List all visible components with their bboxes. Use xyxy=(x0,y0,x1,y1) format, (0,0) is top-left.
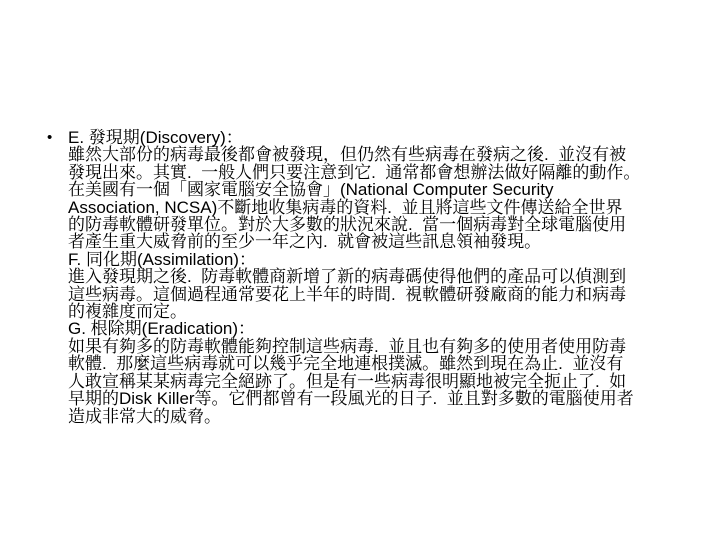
text-line: 雖然大部份的病毒最後都會被發現，但仍然有些病毒在發病之後. 並沒有被 xyxy=(68,146,708,163)
text-line: 在美國有一個「國家電腦安全協會」(National Computer Secur… xyxy=(68,181,708,198)
heading-eradication: G. 根除期(Eradication)： xyxy=(68,320,708,337)
text-line: Association, NCSA)不斷地收集病毒的資料. 並且將這些文件傳送給… xyxy=(68,199,708,216)
slide-canvas: • E. 發現期(Discovery)： 雖然大部份的病毒最後都會被發現，但仍然… xyxy=(0,0,720,540)
text-line: 早期的Disk Killer等。它們都曾有一段風光的日子. 並且對多數的電腦使用… xyxy=(68,390,708,407)
text-line: 造成非常大的威脅。 xyxy=(68,408,708,425)
text-line: 者產生重大威脅前的至少一年之內. 就會被這些訊息領袖發現。 xyxy=(68,233,708,250)
text-line: 軟體. 那麼這些病毒就可以幾乎完全地連根撲滅。雖然到現在為止. 並沒有 xyxy=(68,355,708,372)
text-line: 這些病毒。這個過程通常要花上半年的時間. 視軟體研發廠商的能力和病毒 xyxy=(68,286,708,303)
text-line: 的複雜度而定。 xyxy=(68,303,708,320)
text-line: 進入發現期之後. 防毒軟體商新增了新的病毒碼使得他們的產品可以偵測到 xyxy=(68,268,708,285)
text-line: 如果有夠多的防毒軟體能夠控制這些病毒. 並且也有夠多的使用者使用防毒 xyxy=(68,338,708,355)
bullet-list-item: • E. 發現期(Discovery)： 雖然大部份的病毒最後都會被發現，但仍然… xyxy=(47,129,707,425)
heading-discovery: E. 發現期(Discovery)： xyxy=(68,129,708,146)
heading-assimilation: F. 同化期(Assimilation)： xyxy=(68,251,708,268)
slide-text-block: E. 發現期(Discovery)： 雖然大部份的病毒最後都會被發現，但仍然有些… xyxy=(68,129,708,425)
bullet-marker: • xyxy=(47,129,52,146)
text-line: 人敢宣稱某某病毒完全絕跡了。但是有一些病毒很明顯地被完全扼止了. 如 xyxy=(68,373,708,390)
text-line: 發現出來。其實. 一般人們只要注意到它. 通常都會想辦法做好隔離的動作。 xyxy=(68,164,708,181)
text-line: 的防毒軟體研發單位。對於大多數的狀況來說. 當一個病毒對全球電腦使用 xyxy=(68,216,708,233)
